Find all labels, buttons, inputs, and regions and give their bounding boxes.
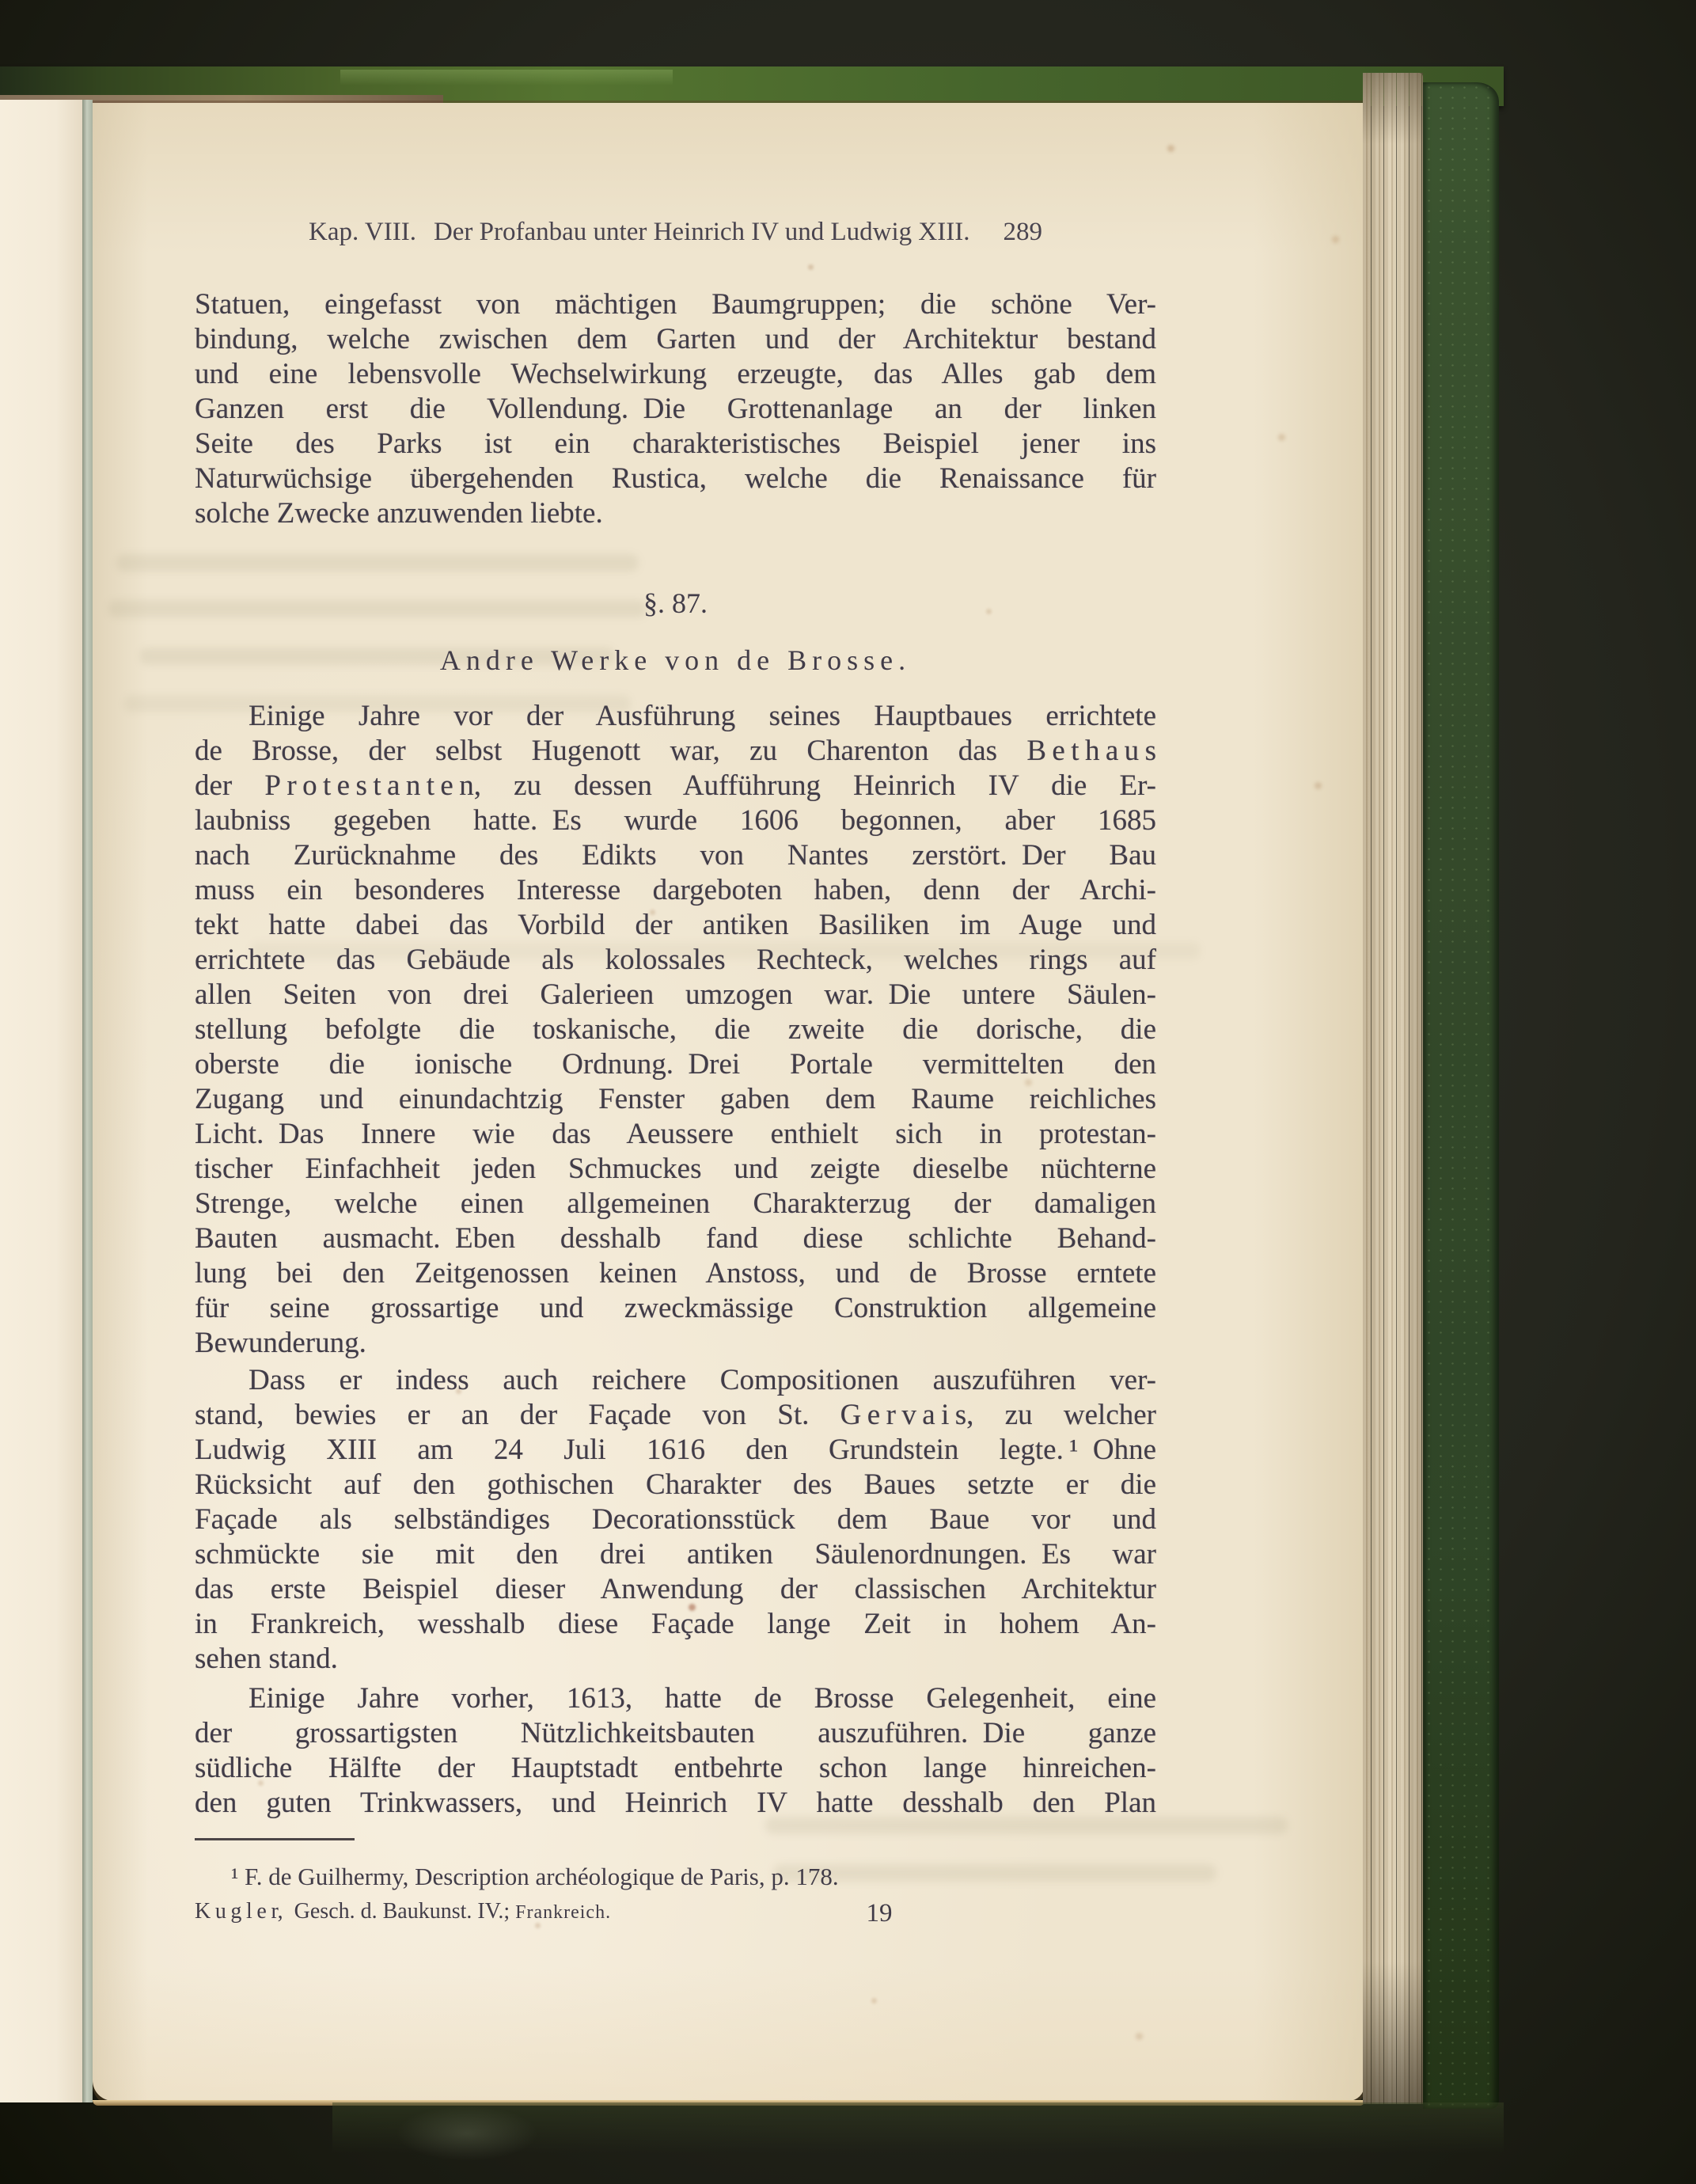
book-cover-right-edge (1423, 82, 1499, 2109)
paragraph: Einige Jahre vorher, 1613, hatte de Bros… (195, 1681, 1156, 1821)
text-line: Façade als selbständiges Decorationsstüc… (195, 1502, 1156, 1537)
footnote-rule (195, 1838, 355, 1840)
text-line: Naturwüchsige übergehenden Rustica, welc… (195, 461, 1156, 496)
text-line: stand, bewies er an der Façade von St. G… (195, 1398, 1156, 1433)
show-through-mark (116, 554, 639, 572)
text-line: Bauten ausmacht. Eben desshalb fand dies… (195, 1221, 1156, 1256)
text-line: errichtete das Gebäude als kolossales Re… (195, 943, 1156, 978)
book-photo: Kap. VIII. Der Profanbau unter Heinrich … (0, 0, 1696, 2184)
text-line: in Frankreich, wesshalb diese Façade lan… (195, 1607, 1156, 1642)
footnote: ¹ F. de Guilhermy, Description archéolog… (195, 1862, 1156, 1892)
text-line: Zugang und einundachtzig Fenster gaben d… (195, 1082, 1156, 1117)
text-line: de Brosse, der selbst Hugenott war, zu C… (195, 734, 1156, 769)
text-line: den guten Trinkwassers, und Heinrich IV … (195, 1786, 1156, 1821)
sheet-number: 19 (800, 1897, 958, 1929)
page-stack-fore-edge (1363, 73, 1423, 2104)
text-line: muss ein besonderes Interesse dargeboten… (195, 873, 1156, 908)
foxing-spots (93, 103, 97, 107)
gutter-fold (82, 100, 93, 2102)
text-line: tischer Einfachheit jeden Schmuckes und … (195, 1152, 1156, 1187)
text-line: Einige Jahre vorher, 1613, hatte de Bros… (195, 1681, 1156, 1716)
text-line: für seine grossartige und zweckmässige C… (195, 1291, 1156, 1326)
signature-text: K u g l e r, Gesch. d. Baukunst. IV.; (195, 1899, 510, 1924)
text-line: und eine lebensvolle Wechselwirkung erze… (195, 357, 1156, 392)
section-heading: Andre Werke von de Brosse. (195, 642, 1156, 678)
text-line: der grossartigsten Nützlichkeitsbauten a… (195, 1716, 1156, 1751)
text-line: bindung, welche zwischen dem Garten und … (195, 322, 1156, 357)
fore-edge-shading (1363, 73, 1423, 2104)
text-line: Strenge, welche einen allgemeinen Charak… (195, 1187, 1156, 1221)
text-line: nach Zurücknahme des Edikts von Nantes z… (195, 838, 1156, 873)
text-line: Statuen, eingefasst von mächtigen Baumgr… (195, 287, 1156, 322)
text-line: sehen stand. (195, 1642, 1156, 1677)
text-line: schmückte sie mit den drei antiken Säule… (195, 1537, 1156, 1572)
adjacent-page-strip (0, 100, 82, 2102)
text-line: lung bei den Zeitgenossen keinen Anstoss… (195, 1256, 1156, 1291)
series-label: Frankreich. (515, 1902, 611, 1923)
text-line: das erste Beispiel dieser Anwendung der … (195, 1572, 1156, 1607)
text-line: Einige Jahre vor der Ausführung seines H… (195, 699, 1156, 734)
text-line: Ganzen erst die Vollendung. Die Grottena… (195, 392, 1156, 427)
page-number: 289 (1003, 216, 1042, 248)
paragraph: Statuen, eingefasst von mächtigen Baumgr… (195, 287, 1156, 531)
text-line: Ludwig XIII am 24 Juli 1616 den Grundste… (195, 1433, 1156, 1468)
text-line: Licht. Das Innere wie das Aeussere enthi… (195, 1117, 1156, 1152)
running-header: Kap. VIII. Der Profanbau unter Heinrich … (195, 216, 1156, 248)
section-number: §. 87. (195, 586, 1156, 621)
text-line: stellung befolgte die toskanische, die z… (195, 1012, 1156, 1047)
paragraph: Dass er indess auch reichere Composition… (195, 1363, 1156, 1677)
text-line: der P r o t e s t a n t e n, zu dessen A… (195, 769, 1156, 803)
cover-sheen (340, 70, 673, 85)
text-line: tekt hatte dabei das Vorbild der antiken… (195, 908, 1156, 943)
text-line: allen Seiten von drei Galerieen umzogen … (195, 978, 1156, 1012)
text-line: oberste die ionische Ordnung. Drei Porta… (195, 1047, 1156, 1082)
text-line: solche Zwecke anzuwenden liebte. (195, 496, 1156, 531)
chapter-label: Kap. VIII. (309, 216, 416, 248)
text-line: Bewunderung. (195, 1326, 1156, 1361)
paragraph: Einige Jahre vor der Ausführung seines H… (195, 699, 1156, 1361)
text-line: südliche Hälfte der Hauptstadt entbehrte… (195, 1751, 1156, 1786)
printer-signature: K u g l e r, Gesch. d. Baukunst. IV.; Fr… (195, 1898, 611, 1926)
text-line: laubniss gegeben hatte. Es wurde 1606 be… (195, 803, 1156, 838)
running-header-title: Der Profanbau unter Heinrich IV und Ludw… (434, 216, 970, 248)
book-page: Kap. VIII. Der Profanbau unter Heinrich … (93, 103, 1364, 2101)
bottom-shadow-smudge (396, 2106, 538, 2161)
text-line: Seite des Parks ist ein charakteristisch… (195, 427, 1156, 461)
text-line: Dass er indess auch reichere Composition… (195, 1363, 1156, 1398)
text-line: Rücksicht auf den gothischen Charakter d… (195, 1468, 1156, 1502)
